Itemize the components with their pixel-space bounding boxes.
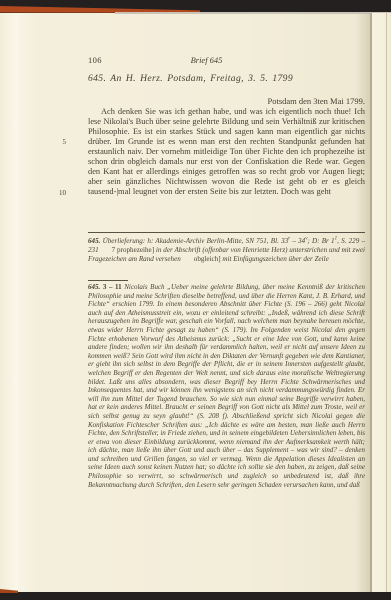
apparatus-transmission: Überlieferung: h: Akademie-Archiv Berlin… xyxy=(103,237,289,245)
top-edge-highlight xyxy=(115,12,391,14)
apparatus-rule xyxy=(88,232,365,233)
commentary-letter-number: 645. xyxy=(88,283,100,291)
running-header: Brief 645 xyxy=(88,55,325,65)
commentary-separator-rule xyxy=(88,280,128,281)
dateline: Potsdam den 3ten Mai 1799. xyxy=(88,96,365,106)
letter-heading: 645. An H. Herz. Potsdam, Freitag, 3. 5.… xyxy=(88,73,365,84)
apparatus-letter-number: 645. xyxy=(88,237,100,245)
bottom-binding-bar xyxy=(0,592,391,600)
apparatus-note1-lemma: 7 prophezeihe] xyxy=(112,246,154,254)
apparatus-note2-lemma: obgleich] xyxy=(194,255,221,263)
binding-accent-stripe-bottom xyxy=(0,589,18,593)
scanned-book-page: 106 Brief 645 645. An H. Herz. Potsdam, … xyxy=(0,0,391,600)
letter-body: Ach denken Sie was ich gethan habe, und … xyxy=(88,107,365,198)
next-page-edge-line xyxy=(386,13,387,592)
page-header: 106 Brief 645 xyxy=(88,55,365,67)
apparatus-note2-text: mit Einfügungszeichen über der Zeile xyxy=(222,255,328,263)
commentary: 645. 3 – 11 Nicolais Buch „Ueber meine g… xyxy=(88,283,365,489)
commentary-text: Nicolais Buch „Ueber meine gelehrte Bild… xyxy=(88,283,365,489)
next-page-edge xyxy=(372,13,391,592)
margin-line-number-10: 10 xyxy=(40,189,66,197)
margin-line-number-5: 5 xyxy=(40,138,66,146)
apparatus: 645. Überlieferung: h: Akademie-Archiv B… xyxy=(88,237,365,264)
commentary-line-range: 3 – 11 xyxy=(103,283,122,291)
